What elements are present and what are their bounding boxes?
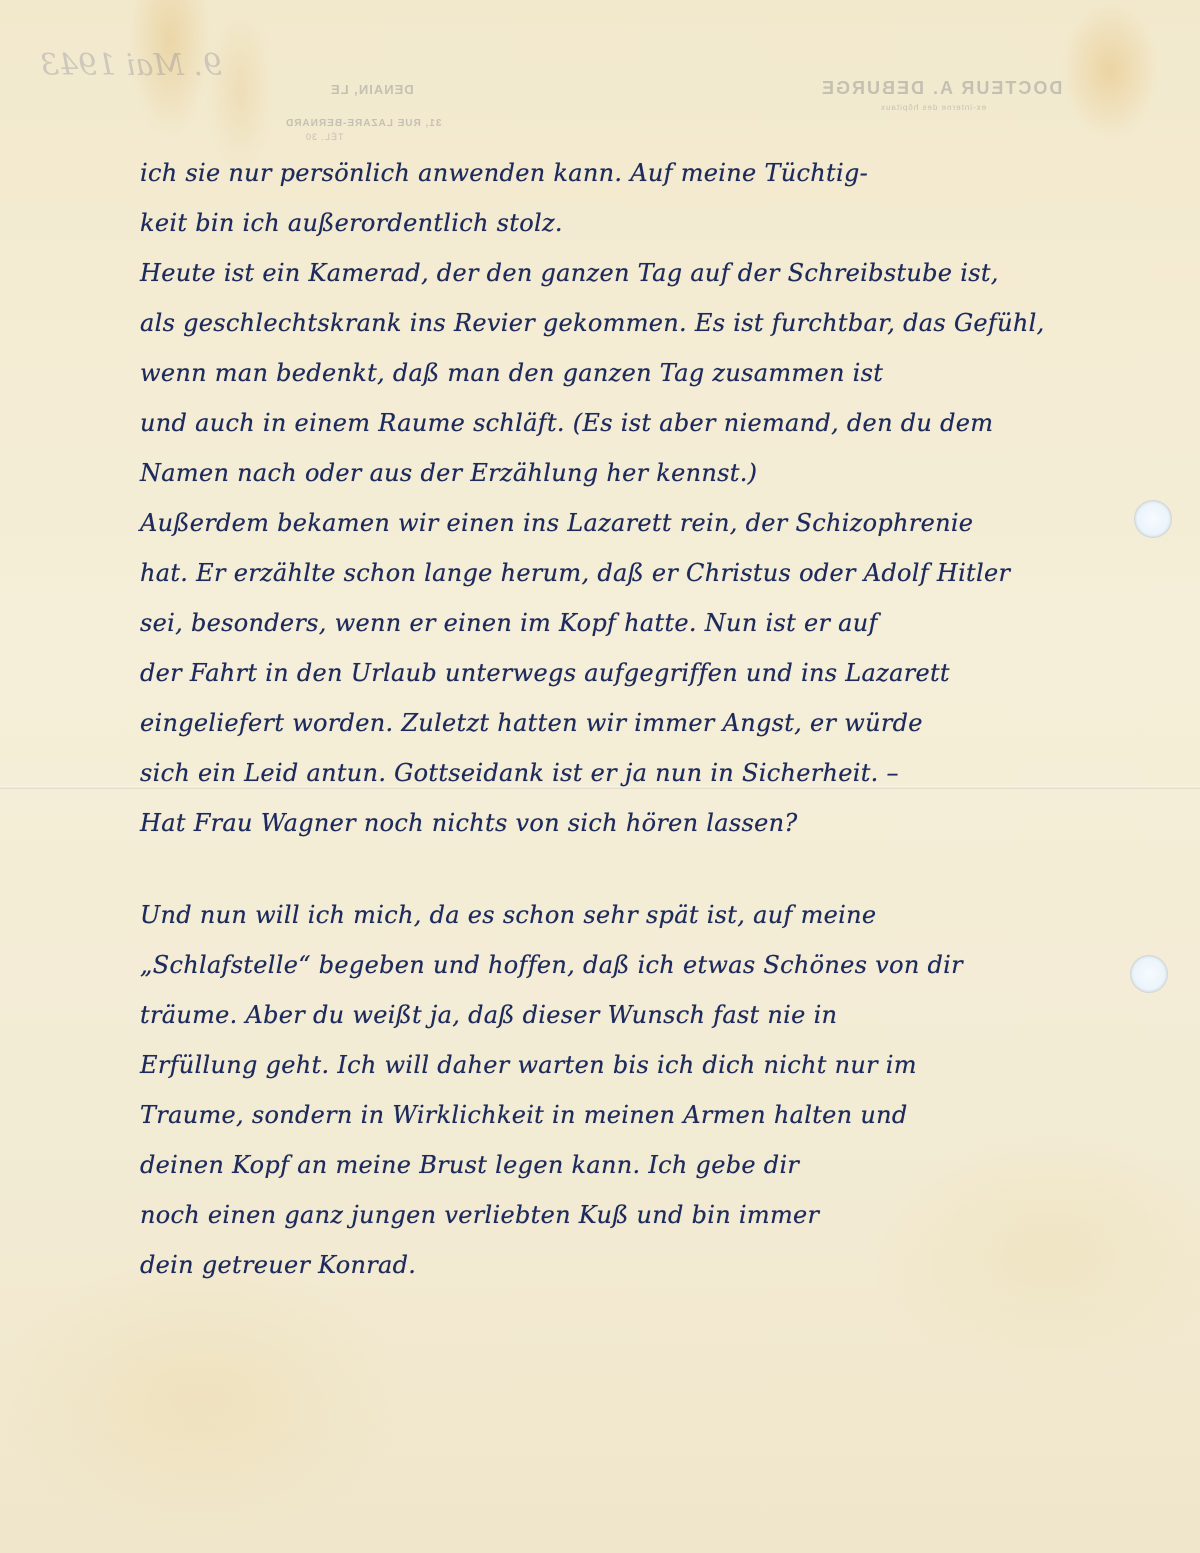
text-line: als geschlechtskrank ins Revier gekommen… (140, 298, 1140, 348)
showthrough-letterhead-street: 31, RUE LAZARE-BERNARD (285, 118, 441, 129)
text-line: Heute ist ein Kamerad, der den ganzen Ta… (140, 248, 1140, 298)
paragraph: Heute ist ein Kamerad, der den ganzen Ta… (140, 248, 1140, 498)
text-line: hat. Er erzählte schon lange herum, daß … (140, 548, 1140, 598)
text-line: keit bin ich außerordentlich stolz. (140, 198, 1140, 248)
text-line: und auch in einem Raume schläft. (Es ist… (140, 398, 1140, 448)
paragraph: Und nun will ich mich, da es schon sehr … (140, 890, 1140, 1290)
text-line: ich sie nur persönlich anwenden kann. Au… (140, 148, 1140, 198)
text-line: der Fahrt in den Urlaub unterwegs aufgeg… (140, 648, 1140, 698)
showthrough-letterhead-place: DENAIN, LE (330, 82, 414, 97)
letter-page: 9. Mai 1943 DOCTEUR A. DEBURGE ex-intern… (0, 0, 1200, 1553)
text-line: Namen nach oder aus der Erzählung her ke… (140, 448, 1140, 498)
text-line: Erfüllung geht. Ich will daher warten bi… (140, 1040, 1140, 1090)
text-line: „Schlafstelle“ begeben und hoffen, daß i… (140, 940, 1140, 990)
showthrough-date: 9. Mai 1943 (40, 48, 222, 83)
paragraph-gap (140, 848, 1140, 890)
signature: dein getreuer Konrad. (140, 1240, 1140, 1290)
text-line: Außerdem bekamen wir einen ins Lazarett … (140, 498, 1140, 548)
paragraph: Außerdem bekamen wir einen ins Lazarett … (140, 498, 1140, 848)
showthrough-letterhead-tel: TÉL. 30 (305, 132, 344, 142)
text-line: eingeliefert worden. Zuletzt hatten wir … (140, 698, 1140, 748)
showthrough-letterhead-doctor: DOCTEUR A. DEBURGE (820, 78, 1062, 99)
letter-body: ich sie nur persönlich anwenden kann. Au… (140, 148, 1140, 1290)
text-line: träume. Aber du weißt ja, daß dieser Wun… (140, 990, 1140, 1040)
text-line: noch einen ganz jungen verliebten Kuß un… (140, 1190, 1140, 1240)
text-line: Und nun will ich mich, da es schon sehr … (140, 890, 1140, 940)
text-line: wenn man bedenkt, daß man den ganzen Tag… (140, 348, 1140, 398)
paragraph: ich sie nur persönlich anwenden kann. Au… (140, 148, 1140, 248)
text-line: Hat Frau Wagner noch nichts von sich hör… (140, 798, 1140, 848)
showthrough-letterhead-subline: ex-interne des hôpitaux (880, 103, 986, 112)
text-line: sich ein Leid antun. Gottseidank ist er … (140, 748, 1140, 798)
text-line: deinen Kopf an meine Brust legen kann. I… (140, 1140, 1140, 1190)
text-line: sei, besonders, wenn er einen im Kopf ha… (140, 598, 1140, 648)
text-line: Traume, sondern in Wirklichkeit in meine… (140, 1090, 1140, 1140)
